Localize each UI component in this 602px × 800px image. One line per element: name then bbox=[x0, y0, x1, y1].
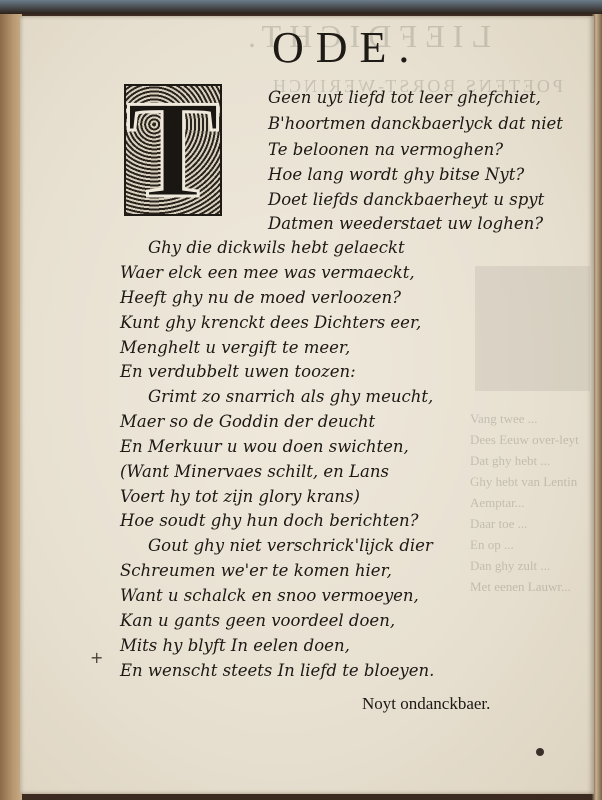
poem-line: Voert hy tot zijn glory krans) bbox=[120, 487, 360, 506]
poem-line: Menghelt u vergift te meer, bbox=[120, 338, 350, 357]
poem-line: (Want Minervaes schilt, en Lans bbox=[120, 462, 389, 481]
scan-top-edge bbox=[0, 0, 602, 14]
poem-signature-motto: Noyt ondanckbaer. bbox=[362, 694, 490, 714]
poem-title: ODE. bbox=[272, 22, 421, 73]
book-binding-left bbox=[0, 14, 22, 800]
poem-line: Kunt ghy krenckt dees Dichters eer, bbox=[120, 313, 421, 332]
poem-line: Heeft ghy nu de moed verloozen? bbox=[120, 288, 401, 307]
poem-line: Waer elck een mee was vermaeckt, bbox=[120, 263, 415, 282]
poem-line: En wenscht steets In liefd te bloeyen. bbox=[120, 661, 434, 680]
bleed-through-initial bbox=[475, 266, 590, 391]
poem-line: Grimt zo snarrich als ghy meucht, bbox=[148, 387, 433, 406]
poem-line: Geen uyt liefd tot leer ghefchiet, bbox=[268, 88, 541, 107]
poem-line: Hoe lang wordt ghy bitse Nyt? bbox=[268, 165, 524, 184]
poem-line: Mits hy blyft In eelen doen, bbox=[120, 636, 350, 655]
poem-line: Te beloonen na vermoghen? bbox=[268, 140, 503, 159]
poem-line: B'hoortmen danckbaerlyck dat niet bbox=[268, 114, 563, 133]
handwritten-margin-mark: + bbox=[90, 648, 103, 667]
poem-line: Maer so de Goddin der deucht bbox=[120, 412, 375, 431]
bleed-through-text: Vang twee ... Dees Eeuw over-leyt Dat gh… bbox=[470, 408, 579, 597]
poem-line: Kan u gants geen voordeel doen, bbox=[120, 611, 395, 630]
initial-letter: T bbox=[126, 86, 220, 214]
poem-line: Ghy die dickwils hebt gelaeckt bbox=[148, 238, 405, 257]
poem-line: Want u schalck en snoo vermoeyen, bbox=[120, 586, 419, 605]
poem-line: Gout ghy niet verschrick'lijck dier bbox=[148, 536, 433, 555]
poem-line: En Merkuur u wou doen swichten, bbox=[120, 437, 409, 456]
poem-line: Hoe soudt ghy hun doch berichten? bbox=[120, 511, 419, 530]
poem-line: Schreumen we'er te komen hier, bbox=[120, 561, 392, 580]
ink-spot bbox=[536, 748, 544, 756]
poem-line: En verdubbelt uwen toozen: bbox=[120, 362, 356, 381]
ornamental-initial: T bbox=[124, 84, 222, 216]
poem-line: Datmen weederstaet uw loghen? bbox=[268, 214, 543, 233]
poem-line: Doet liefds danckbaerheyt u spyt bbox=[268, 190, 544, 209]
